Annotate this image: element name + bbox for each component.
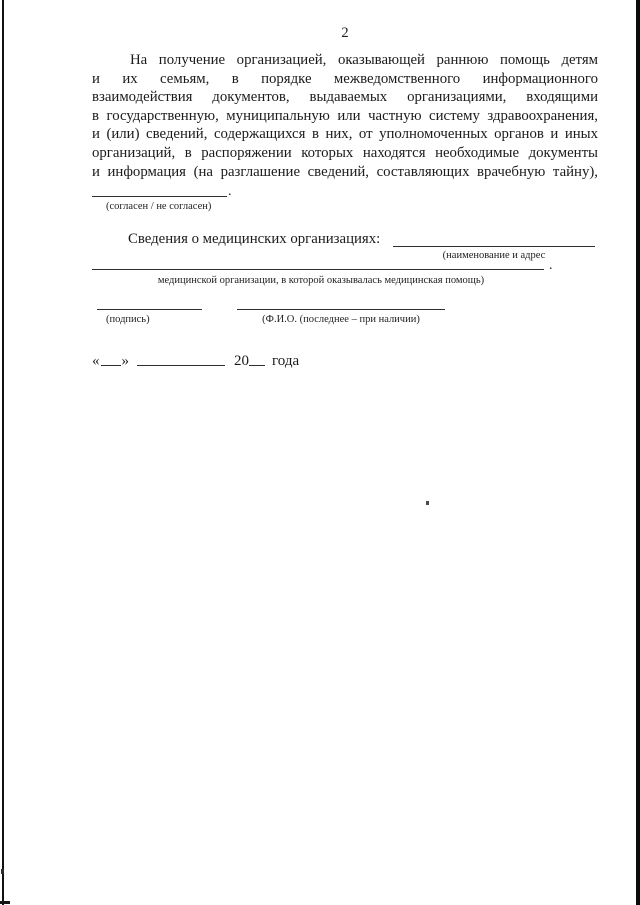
signature-caption: (подпись) [106,314,150,325]
scan-edge-right [636,0,640,905]
date-year-prefix: 20 [234,353,249,369]
medical-orgs-label: Сведения о медицинских организациях: [128,231,380,248]
scanned-document-page: 2 На получение организацией, оказывающей… [0,0,640,905]
medical-org-caption: медицинской организации, в которой оказы… [92,275,550,286]
scan-edge-left [2,0,4,905]
consent-fill-line [92,196,227,197]
date-open-quote: « [92,353,100,369]
scan-speck [426,501,429,505]
signature-fill-line [97,309,202,310]
fio-fill-line [237,309,445,310]
scan-speck [1,869,4,874]
paragraph-line: и их семьям, в порядке межведомственного… [92,70,598,89]
page-number: 2 [92,25,598,42]
paragraph-line: взаимодействия документов, выдаваемых ор… [92,88,598,107]
medical-org-fill-line-2 [92,269,544,270]
medical-line-period: . [549,258,553,274]
date-year-blank [249,363,265,366]
consent-paragraph: На получение организацией, оказывающей р… [92,51,598,181]
date-close-quote: » [122,353,130,369]
consent-period: . [228,184,232,200]
scan-speck [0,901,10,904]
consent-caption: (согласен / не согласен) [106,201,211,212]
paragraph-line: организаций, в распоряжении которых нахо… [92,144,598,163]
medical-orgs-fill-line [393,246,595,247]
date-day-blank [101,363,121,366]
fio-caption: (Ф.И.О. (последнее – при наличии) [237,314,445,325]
paragraph-line: в государственную, муниципальную или час… [92,107,598,126]
paragraph-line: На получение организацией, оказывающей р… [92,51,598,70]
paragraph-line: и информация (на разглашение сведений, с… [92,163,598,182]
date-month-blank [137,363,225,366]
date-year-suffix: года [272,353,299,369]
name-address-caption: (наименование и адрес [393,250,595,261]
paragraph-line: и (или) сведений, содержащихся в них, от… [92,125,598,144]
date-line: «»20года [92,353,299,370]
